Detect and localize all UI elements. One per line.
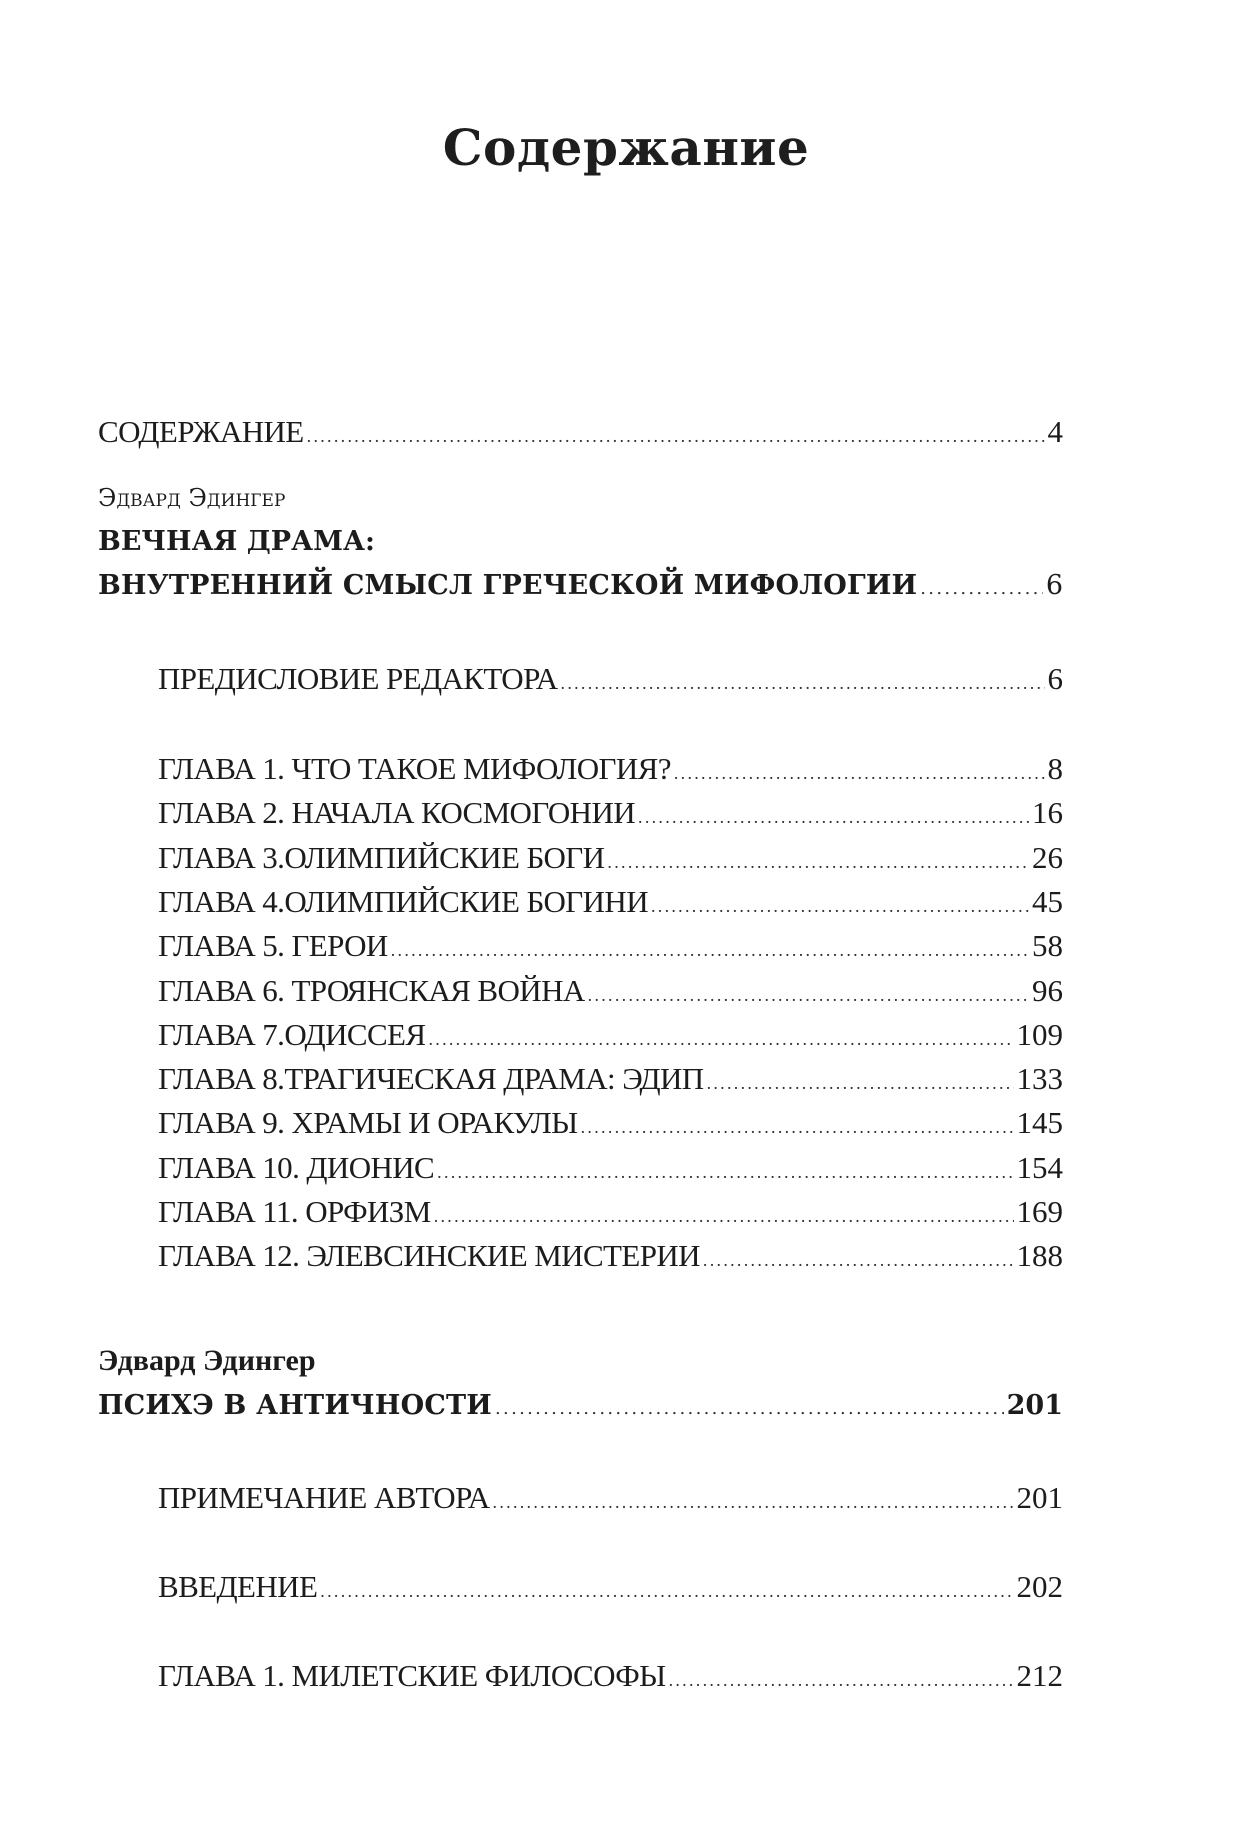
toc-chapter-entry[interactable]: ГЛАВА 12. ЭЛЕВСИНСКИЕ МИСТЕРИИ188 — [158, 1238, 1063, 1278]
toc-chapter-entry[interactable]: ГЛАВА 8.ТРАГИЧЕСКАЯ ДРАМА: ЭДИП133 — [158, 1061, 1063, 1101]
toc-entry-page: 8 — [1048, 751, 1064, 787]
toc-chapter-entry[interactable]: ГЛАВА 5. ГЕРОИ58 — [158, 928, 1063, 968]
dot-leader — [493, 1492, 1014, 1513]
toc-chapter-entry[interactable]: ГЛАВА 1. ЧТО ТАКОЕ МИФОЛОГИЯ?8 — [158, 751, 1063, 791]
book1-title-page: 6 — [1046, 570, 1063, 601]
toc-entry-page: 212 — [1017, 1658, 1064, 1694]
toc-entry-page: 96 — [1032, 973, 1063, 1009]
dot-leader — [707, 1073, 1014, 1094]
dot-leader — [581, 1117, 1014, 1138]
toc-chapter-entry[interactable]: ГЛАВА 10. ДИОНИС154 — [158, 1150, 1063, 1190]
dot-leader — [588, 985, 1029, 1006]
dot-leader — [703, 1250, 1014, 1271]
dot-leader — [437, 1162, 1013, 1183]
toc-entry-page: 16 — [1032, 795, 1063, 831]
dot-leader — [320, 1581, 1013, 1602]
book1-title-line2: ВНУТРЕННИЙ СМЫСЛ ГРЕЧЕСКОЙ МИФОЛОГИИ — [98, 570, 917, 601]
toc-entry-introduction[interactable]: ВВЕДЕНИЕ 202 — [158, 1569, 1063, 1609]
book2-title-entry[interactable]: ПСИХЭ В АНТИЧНОСТИ 201 — [98, 1390, 1063, 1430]
dot-leader — [651, 896, 1029, 917]
toc-entry-label: СОДЕРЖАНИЕ — [98, 414, 304, 450]
toc-entry-label: ГЛАВА 9. ХРАМЫ И ОРАКУЛЫ — [158, 1105, 578, 1141]
toc-entry-page: 154 — [1017, 1150, 1064, 1186]
toc-entry-label: ГЛАВА 6. ТРОЯНСКАЯ ВОЙНА — [158, 973, 585, 1009]
toc-entry-page: 109 — [1017, 1017, 1064, 1053]
toc-chapter-entry[interactable]: ГЛАВА 7.ОДИССЕЯ109 — [158, 1017, 1063, 1057]
toc-entry-page: 201 — [1017, 1480, 1064, 1516]
toc-chapter-entry[interactable]: ГЛАВА 6. ТРОЯНСКАЯ ВОЙНА96 — [158, 973, 1063, 1013]
toc-entry-page: 145 — [1017, 1105, 1064, 1141]
toc-entry-label: ГЛАВА 11. ОРФИЗМ — [158, 1194, 431, 1230]
toc-entry-label: ГЛАВА 4.ОЛИМПИЙСКИЕ БОГИНИ — [158, 884, 648, 920]
toc-chapter-entry[interactable]: ГЛАВА 9. ХРАМЫ И ОРАКУЛЫ145 — [158, 1105, 1063, 1145]
toc-entry-label: ГЛАВА 1. МИЛЕТСКИЕ ФИЛОСОФЫ — [158, 1658, 666, 1694]
toc-entry-page: 26 — [1032, 840, 1063, 876]
dot-leader — [669, 1670, 1014, 1691]
toc-entry-label: ГЛАВА 7.ОДИССЕЯ — [158, 1017, 425, 1053]
book2-author: Эдвард Эдингер — [98, 1344, 316, 1378]
toc-entry-label: ГЛАВА 10. ДИОНИС — [158, 1150, 434, 1186]
toc-entry-author-note[interactable]: ПРИМЕЧАНИЕ АВТОРА 201 — [158, 1480, 1063, 1520]
toc-entry-label: ГЛАВА 5. ГЕРОИ — [158, 928, 388, 964]
dot-leader — [674, 763, 1045, 784]
toc-chapter-entry[interactable]: ГЛАВА 1. МИЛЕТСКИЕ ФИЛОСОФЫ212 — [158, 1658, 1063, 1698]
toc-entry-page: 133 — [1017, 1061, 1064, 1097]
toc-chapter-entry[interactable]: ГЛАВА 2. НАЧАЛА КОСМОГОНИИ16 — [158, 795, 1063, 835]
toc-entry-label: ГЛАВА 3.ОЛИМПИЙСКИЕ БОГИ — [158, 840, 604, 876]
dot-leader — [428, 1029, 1013, 1050]
toc-entry-page: 45 — [1032, 884, 1063, 920]
toc-chapter-entry[interactable]: ГЛАВА 3.ОЛИМПИЙСКИЕ БОГИ26 — [158, 840, 1063, 880]
toc-entry-preface[interactable]: ПРЕДИСЛОВИЕ РЕДАКТОРА 6 — [158, 661, 1063, 701]
toc-entry-page: 58 — [1032, 928, 1063, 964]
book2-title: ПСИХЭ В АНТИЧНОСТИ — [98, 1390, 492, 1421]
toc-entry-page: 169 — [1017, 1194, 1064, 1230]
toc-entry-contents[interactable]: СОДЕРЖАНИЕ 4 — [98, 414, 1063, 454]
book1-author: Эдвард Эдингер — [98, 484, 285, 512]
toc-entry-label: ГЛАВА 12. ЭЛЕВСИНСКИЕ МИСТЕРИИ — [158, 1238, 700, 1274]
page-title: Содержание — [0, 118, 1252, 177]
toc-entry-label: ГЛАВА 1. ЧТО ТАКОЕ МИФОЛОГИЯ? — [158, 751, 671, 787]
toc-entry-label: ВВЕДЕНИЕ — [158, 1569, 317, 1605]
dot-leader — [391, 940, 1029, 961]
dot-leader — [434, 1206, 1014, 1227]
dot-leader — [495, 1398, 1004, 1419]
toc-entry-page: 4 — [1048, 414, 1064, 450]
dot-leader — [561, 673, 1045, 694]
toc-chapter-entry[interactable]: ГЛАВА 11. ОРФИЗМ169 — [158, 1194, 1063, 1234]
dot-leader — [307, 426, 1045, 447]
dot-leader — [920, 578, 1043, 599]
toc-entry-page: 6 — [1048, 661, 1064, 697]
book1-title-entry[interactable]: ВНУТРЕННИЙ СМЫСЛ ГРЕЧЕСКОЙ МИФОЛОГИИ 6 — [98, 570, 1063, 610]
book2-title-page: 201 — [1007, 1390, 1063, 1421]
dot-leader — [607, 852, 1029, 873]
toc-entry-label: ГЛАВА 8.ТРАГИЧЕСКАЯ ДРАМА: ЭДИП — [158, 1061, 704, 1097]
toc-entry-label: ГЛАВА 2. НАЧАЛА КОСМОГОНИИ — [158, 795, 635, 831]
toc-entry-label: ПРЕДИСЛОВИЕ РЕДАКТОРА — [158, 661, 558, 697]
toc-chapter-entry[interactable]: ГЛАВА 4.ОЛИМПИЙСКИЕ БОГИНИ45 — [158, 884, 1063, 924]
dot-leader — [638, 807, 1029, 828]
book1-title-line1: ВЕЧНАЯ ДРАМА: — [98, 526, 375, 557]
toc-entry-label: ПРИМЕЧАНИЕ АВТОРА — [158, 1480, 490, 1516]
toc-entry-page: 188 — [1017, 1238, 1064, 1274]
toc-entry-page: 202 — [1017, 1569, 1064, 1605]
